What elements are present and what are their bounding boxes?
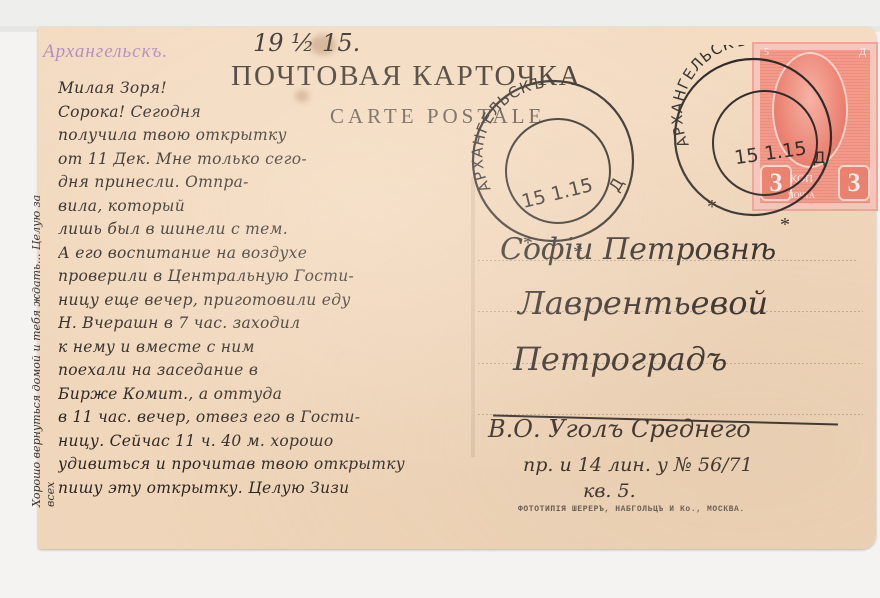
address-building: пр. и 14 лин. у № 56/71 [523,454,753,476]
stamp-corner-right: Д [859,47,866,58]
address-surname: Лаврентьевой [518,284,768,322]
publisher-imprint: ФОТОТИПIЯ ШЕРЕРЪ, НАБГОЛЬЦЪ И Ко., МОСКВ… [518,505,745,514]
message-line: лишь был в шинели с тем. [58,218,478,242]
message-line: пишу эту открытку. Целую Зизи [58,477,478,501]
message-line: А его воспитание на воздухе [58,242,478,266]
message-line: Н. Вчерашн в 7 час. заходил [58,312,478,336]
postmark-ring-icon: АРХАНГЕЛЬСКЪ 15 1.15 Д * * [463,71,643,251]
margin-note: Хорошо вернуться домой и тебя ждать... Ц… [30,167,58,507]
message-line: ницу еще вечер, приготовили еду [58,289,478,313]
message-line: от 11 Дек. Мне только сего- [58,148,478,172]
address-apartment: кв. 5. [583,480,636,502]
handwritten-message: Милая Зоря! Сорока! Сегодня получила тво… [58,77,478,500]
svg-text:*: * [780,214,790,225]
message-line: ницу. Сейчас 11 ч. 40 м. хорошо [58,430,478,454]
message-line: вила, который [58,195,478,219]
message-line: в 11 час. вечер, отвез его в Гости- [58,406,478,430]
postmark-left: АРХАНГЕЛЬСКЪ 15 1.15 Д * * [463,71,643,251]
message-line: поехали на заседание в [58,359,478,383]
message-line: удивиться и прочитав твою открытку [58,453,478,477]
svg-text:*: * [523,232,533,251]
svg-text:АРХАНГЕЛЬСКЪ: АРХАНГЕЛЬСКЪ [468,74,546,195]
svg-text:*: * [707,196,717,218]
svg-text:*: * [573,242,583,251]
svg-text:15 1.15: 15 1.15 [733,137,808,169]
postmark-right: АРХАНГЕЛЬСКЪ 15 1.15 Д * * [665,45,845,225]
message-line: получила твою открытку [58,124,478,148]
message-line: Милая Зоря! [58,77,478,101]
svg-text:15 1.15: 15 1.15 [519,174,595,213]
handwritten-date: 19 ½ 15. [253,29,360,57]
message-line: Бирже Комит., а оттуда [58,383,478,407]
message-line: к нему и вместе с ним [58,336,478,360]
postmark-ring-icon: АРХАНГЕЛЬСКЪ 15 1.15 Д * * [665,45,845,225]
message-line: проверили в Центральную Гости- [58,265,478,289]
svg-text:Д: Д [813,148,826,167]
postcard: Архангельскъ. 19 ½ 15. ПОЧТОВАЯ КАРТОЧКА… [38,27,876,549]
message-line: дня принесли. Отпра- [58,171,478,195]
svg-text:Д: Д [605,175,628,195]
message-line: Сорока! Сегодня [58,101,478,125]
town-stamp: Архангельскъ. [43,41,168,63]
address-city: Петроградъ [513,340,727,378]
